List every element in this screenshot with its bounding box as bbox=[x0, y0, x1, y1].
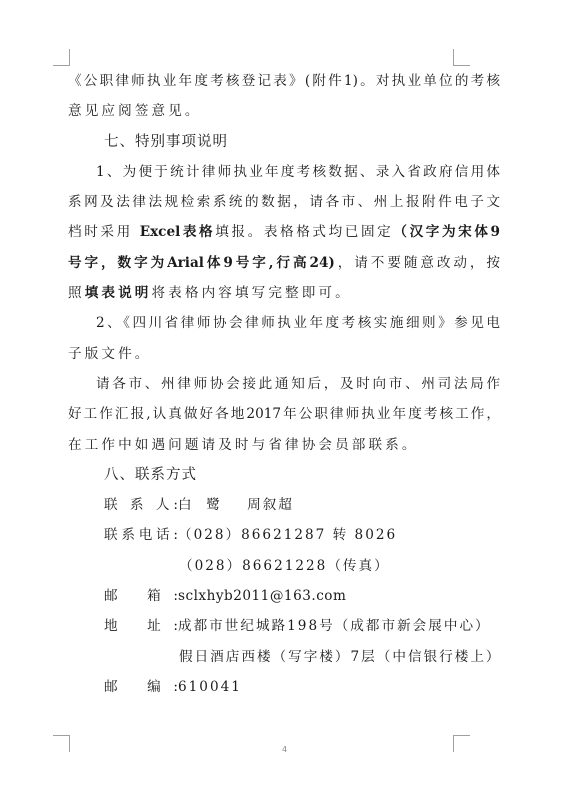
paragraph-line: 2、《四川省律师协会律师执业年度考核实施细则》参见电 bbox=[68, 308, 500, 338]
email-row: 邮 箱:sclxhyb2011@163.com bbox=[68, 581, 500, 611]
text: 档时采用 bbox=[68, 224, 133, 240]
phone-label: 联系电话: bbox=[104, 520, 178, 550]
document-body: 《公职律师执业年度考核登记表》(附件1)。对执业单位的考核 意见应阅签意见。 七… bbox=[68, 66, 500, 702]
fax-value: （028）86621228（传真） bbox=[179, 558, 390, 574]
postcode-row: 邮 编:610041 bbox=[68, 672, 500, 702]
paragraph-line: 照填表说明将表格内容填写完整即可。 bbox=[68, 278, 500, 308]
contact-person-row: 联 系 人:白 鹭 周叙超 bbox=[68, 490, 500, 520]
fax-row: （028）86621228（传真） bbox=[68, 551, 500, 581]
text: 填报。表格格式均已固定 bbox=[215, 224, 393, 240]
paragraph-line: 好工作汇报,认真做好各地2017年公职律师执业年度考核工作， bbox=[68, 399, 500, 429]
address-row-2: 假日酒店西楼（写字楼）7层（中信银行楼上） bbox=[68, 642, 500, 672]
paragraph-line: 《公职律师执业年度考核登记表》(附件1)。对执业单位的考核 bbox=[68, 66, 500, 96]
paragraph-line: 请各市、州律师协会接此通知后，及时向市、州司法局作 bbox=[68, 369, 500, 399]
bold-text: Excel表格 bbox=[140, 224, 216, 240]
paragraph-line: 档时采用 Excel表格填报。表格格式均已固定（汉字为宋体9 bbox=[68, 217, 500, 247]
phone-value: （028）86621287 转 8026 bbox=[178, 527, 397, 543]
address-row: 地 址:成都市世纪城路198号（成都市新会展中心） bbox=[68, 611, 500, 641]
contact-person-label: 联 系 人: bbox=[104, 490, 178, 520]
address-value: 成都市世纪城路198号（成都市新会展中心） bbox=[178, 618, 491, 634]
text: 照 bbox=[68, 285, 85, 301]
section-heading-8: 八、联系方式 bbox=[68, 460, 500, 490]
bold-text: 号字，数字为Arial体9号字,行高24) bbox=[68, 255, 335, 271]
bold-text: （汉字为宋体9 bbox=[393, 224, 500, 240]
email-value[interactable]: sclxhyb2011@163.com bbox=[178, 588, 346, 604]
margin-corner-top-left bbox=[53, 49, 70, 66]
postcode-value: 610041 bbox=[178, 679, 242, 695]
paragraph-line: 子版文件。 bbox=[68, 339, 500, 369]
postcode-label: 邮 编: bbox=[104, 672, 178, 702]
paragraph-line: 系网及法律法规检索系统的数据，请各市、州上报附件电子文 bbox=[68, 187, 500, 217]
bold-text: 填表说明 bbox=[85, 285, 152, 301]
email-label: 邮 箱: bbox=[104, 581, 178, 611]
paragraph-line: 号字，数字为Arial体9号字,行高24)，请不要随意改动，按 bbox=[68, 248, 500, 278]
paragraph-line: 意见应阅签意见。 bbox=[68, 96, 500, 126]
margin-corner-top-right bbox=[453, 49, 470, 66]
text: 将表格内容填写完整即可。 bbox=[151, 285, 351, 301]
address-value-2: 假日酒店西楼（写字楼）7层（中信银行楼上） bbox=[179, 649, 502, 665]
paragraph-line: 在工作中如遇问题请及时与省律协会员部联系。 bbox=[68, 430, 500, 460]
section-heading-7: 七、特别事项说明 bbox=[68, 127, 500, 157]
contact-person-value: 白 鹭 周叙超 bbox=[178, 497, 294, 513]
text: ，请不要随意改动，按 bbox=[335, 255, 500, 271]
address-label: 地 址: bbox=[104, 611, 178, 641]
page-number: 4 bbox=[0, 745, 569, 754]
paragraph-line: 1、为便于统计律师执业年度考核数据、录入省政府信用体 bbox=[68, 157, 500, 187]
phone-row: 联系电话:（028）86621287 转 8026 bbox=[68, 520, 500, 550]
